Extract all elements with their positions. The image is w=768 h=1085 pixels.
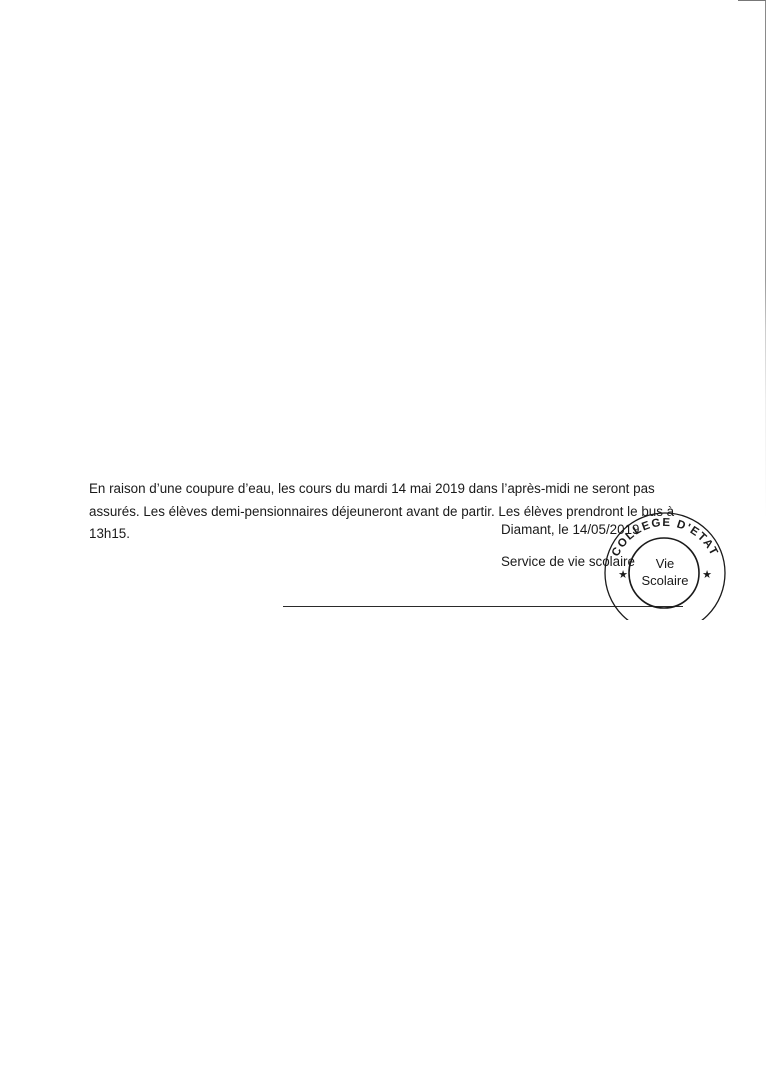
stamp-center-line-2: Scolaire bbox=[642, 573, 689, 588]
star-icon: ★ bbox=[618, 569, 628, 581]
stamp-center-line-1: Vie bbox=[656, 556, 675, 571]
scan-page-corner bbox=[738, 0, 766, 1]
official-stamp: COLLEGE D'ETAT ★ ★ Vie Scolaire bbox=[600, 505, 730, 620]
scan-page-edge bbox=[765, 0, 766, 1085]
star-icon: ★ bbox=[702, 569, 712, 581]
